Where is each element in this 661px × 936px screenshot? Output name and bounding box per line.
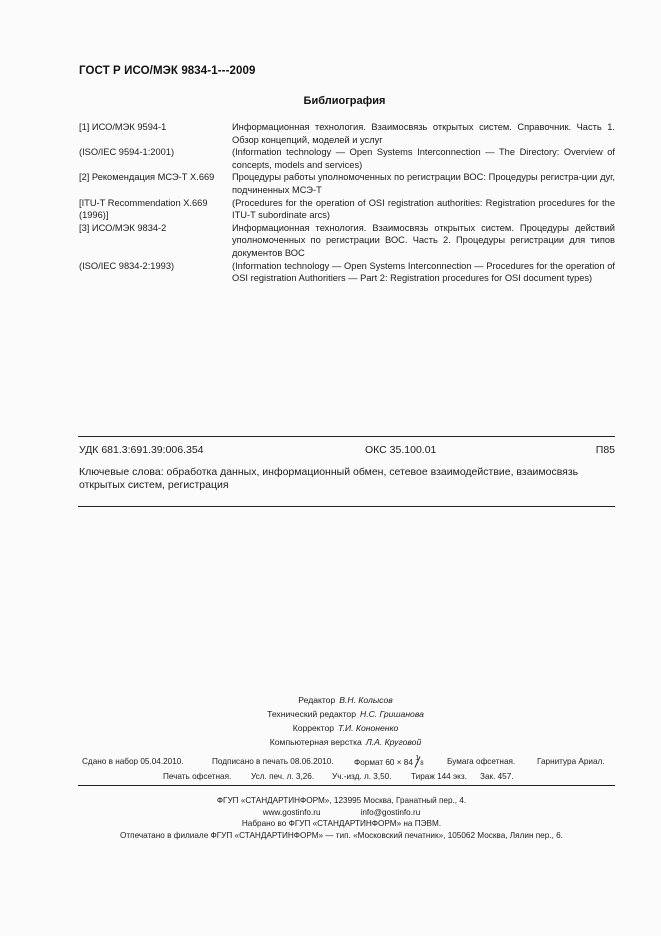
credit-layout: Компьютерная версткаЛ.А. Круговой	[30, 735, 661, 749]
format: Формат 60 × 84 1 8	[354, 757, 425, 767]
typeface: Гарнитура Ариал.	[537, 757, 605, 766]
credit-role: Корректор	[293, 723, 334, 733]
reference-id: [3] ИСО/МЭК 9834-2	[79, 222, 232, 260]
reference-title: Информационная технология. Взаимосвязь о…	[232, 121, 615, 146]
typeset-date: Сдано в набор 05.04.2010.	[82, 757, 184, 766]
bibliography-entry: [1] ИСО/МЭК 9594-1 Информационная технол…	[79, 121, 615, 146]
publisher-contacts: www.gostinfo.ruinfo@gostinfo.ru	[22, 807, 661, 819]
imprint-divider	[78, 785, 615, 786]
publisher-website[interactable]: www.gostinfo.ru	[263, 808, 321, 817]
order-number: Зак. 457.	[480, 772, 514, 781]
reference-title: (Procedures for the operation of OSI reg…	[232, 197, 615, 222]
bibliography-entry: [3] ИСО/МЭК 9834-2 Информационная технол…	[79, 222, 615, 260]
group-code: П85	[596, 444, 615, 456]
classification-row: УДК 681.3:691.39:006.354 ОКС 35.100.01 П…	[79, 444, 615, 456]
reference-id: [1] ИСО/МЭК 9594-1	[79, 121, 232, 146]
print-sheets: Усл. печ. л. 3,26.	[251, 772, 314, 781]
bibliography-entry: (ISO/IEC 9834-2:1993) (Information techn…	[79, 260, 615, 285]
publisher-email[interactable]: info@gostinfo.ru	[361, 808, 421, 817]
credit-name: В.Н. Колысов	[339, 695, 393, 705]
credit-role: Редактор	[298, 695, 335, 705]
credit-tech-editor: Технический редакторН.С. Гришанова	[30, 707, 661, 721]
reference-id: [ITU-T Recommendation X.669 (1996)]	[79, 197, 232, 222]
credit-editor: РедакторВ.Н. Колысов	[30, 693, 661, 707]
bibliography-entry: (ISO/IEC 9594-1:2001) (Information techn…	[79, 146, 615, 171]
print-run: Тираж 144 экз.	[411, 772, 467, 781]
oks-code: ОКС 35.100.01	[365, 444, 436, 456]
signed-date: Подписано в печать 08.06.2010.	[212, 757, 334, 766]
udk-code: УДК 681.3:691.39:006.354	[79, 444, 204, 456]
top-divider	[78, 436, 615, 437]
reference-title: (Information technology — Open Systems I…	[232, 146, 615, 171]
bibliography-list: [1] ИСО/МЭК 9594-1 Информационная технол…	[79, 121, 615, 285]
publisher-block: ФГУП «СТАНДАРТИНФОРМ», 123995 Москва, Гр…	[0, 795, 661, 841]
credit-role: Компьютерная верстка	[270, 737, 362, 747]
bibliography-entry: [2] Рекомендация МСЭ-Т X.669 Процедуры р…	[79, 171, 615, 196]
reference-id: [2] Рекомендация МСЭ-Т X.669	[79, 171, 232, 196]
credit-role: Технический редактор	[267, 709, 356, 719]
bottom-divider	[78, 506, 615, 507]
typeset-note: Набрано во ФГУП «СТАНДАРТИНФОРМ» на ПЭВМ…	[22, 818, 661, 830]
printer-note: Отпечатано в филиале ФГУП «СТАНДАРТИНФОР…	[22, 830, 661, 842]
paper-type: Бумага офсетная.	[447, 757, 515, 766]
print-method: Печать офсетная.	[163, 772, 231, 781]
publisher-address: ФГУП «СТАНДАРТИНФОРМ», 123995 Москва, Гр…	[22, 795, 661, 807]
format-label: Формат 60 × 84	[354, 758, 413, 767]
keywords: Ключевые слова: обработка данных, информ…	[79, 466, 615, 492]
reference-id: (ISO/IEC 9594-1:2001)	[79, 146, 232, 171]
reference-title: Процедуры работы уполномоченных по регис…	[232, 171, 615, 196]
credit-name: Н.С. Гришанова	[360, 709, 424, 719]
format-fraction: 1 8	[415, 757, 425, 767]
credit-name: Т.И. Кононенко	[338, 723, 398, 733]
document-code: ГОСТ Р ИСО/МЭК 9834-1---2009	[79, 65, 256, 77]
credits-block: РедакторВ.Н. Колысов Технический редакто…	[0, 693, 661, 749]
fraction-denominator: 8	[420, 761, 423, 767]
reference-title: (Information technology — Open Systems I…	[232, 260, 615, 285]
reference-title: Информационная технология. Взаимосвязь о…	[232, 222, 615, 260]
publisher-sheets: Уч.-изд. л. 3,50.	[332, 772, 391, 781]
credit-proofreader: КорректорТ.И. Кононенко	[30, 721, 661, 735]
bibliography-entry: [ITU-T Recommendation X.669 (1996)] (Pro…	[79, 197, 615, 222]
credit-name: Л.А. Круговой	[366, 737, 421, 747]
reference-id: (ISO/IEC 9834-2:1993)	[79, 260, 232, 285]
section-title: Библиография	[0, 95, 661, 107]
